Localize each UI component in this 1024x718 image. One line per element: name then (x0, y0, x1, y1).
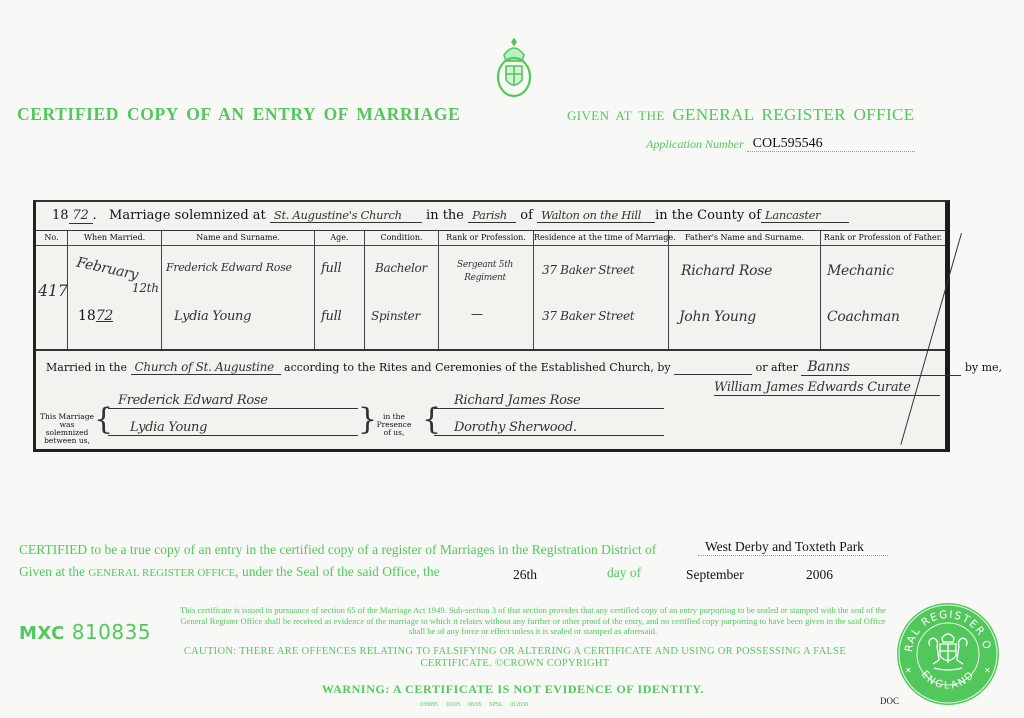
between-us-label: This Marriage was solemnized between us, (40, 413, 94, 445)
registration-district: West Derby and Toxteth Park (698, 539, 888, 556)
col-residence: Residence at the time of Marriage. 37 Ba… (534, 231, 669, 349)
application-number: Application Number COL595546 (646, 137, 915, 152)
county-name: Lancaster (761, 208, 849, 223)
register-heading: 1872. Marriage solemnized at St. Augusti… (36, 202, 945, 231)
svg-text:✕: ✕ (905, 666, 912, 675)
col-condition: Condition. Bachelor Spinster (365, 231, 439, 349)
certificate-serial: MXC 810835 (19, 620, 151, 644)
col-when-married: When Married. February 12th 1872 (68, 231, 162, 349)
col-age: Age. full full (315, 231, 365, 349)
groom-signature: Frederick Edward Rose (108, 393, 358, 409)
groom-name: Frederick Edward Rose (166, 261, 292, 274)
caution-notice: CAUTION: THERE ARE OFFENCES RELATING TO … (180, 646, 850, 670)
register-columns: No. 417 When Married. February 12th 1872… (36, 231, 945, 351)
witness-1-signature: Richard James Rose (434, 393, 664, 409)
church-name: St. Augustine's Church (270, 208, 422, 223)
application-number-value: COL595546 (747, 137, 915, 152)
svg-text:✕: ✕ (984, 666, 991, 675)
legal-notice: This certificate is issued in pursuance … (178, 605, 888, 637)
issue-year: 2006 (806, 567, 833, 583)
given-at-statement: Given at the General Register Office, un… (19, 564, 440, 580)
issue-day: 26th (513, 567, 537, 583)
issue-month: September (686, 567, 744, 583)
certificate-title: CERTIFIED COPY OF AN ENTRY OF MARRIAGE (17, 104, 460, 125)
marriage-register-entry: 1872. Marriage solemnized at St. Augusti… (33, 200, 950, 452)
issuing-office: Given at the GENERAL REGISTER OFFICE (567, 105, 915, 125)
col-profession: Rank or Profession. Sergeant 5th Regimen… (439, 231, 534, 349)
col-father-profession: Rank or Profession of Father. Mechanic C… (821, 231, 945, 349)
royal-coat-of-arms-icon (483, 37, 545, 99)
identity-warning: WARNING: A CERTIFICATE IS NOT EVIDENCE O… (240, 682, 786, 697)
col-name: Name and Surname. Frederick Edward Rose … (162, 231, 315, 349)
form-codes: 039895 10105 08/05 SPSL 012030 (420, 702, 528, 708)
presence-label: in the Presence of us, (372, 413, 416, 437)
col-number: No. 417 (36, 231, 68, 349)
married-in-line: Married in the Church of St. Augustine a… (46, 359, 1002, 376)
witness-2-signature: Dorothy Sherwood. (434, 420, 664, 436)
officiant-signature: William James Edwards Curate (714, 380, 940, 396)
parish-name: Walton on the Hill (537, 208, 655, 223)
general-register-office-seal-icon: GENERAL REGISTER OFFICE ENGLAND ✕ ✕ (896, 602, 1000, 706)
certification-statement: CERTIFIED to be a true copy of an entry … (19, 542, 656, 558)
bride-name: Lydia Young (174, 309, 251, 324)
col-father-name: Father's Name and Surname. Richard Rose … (669, 231, 821, 349)
bride-signature: Lydia Young (108, 420, 358, 436)
